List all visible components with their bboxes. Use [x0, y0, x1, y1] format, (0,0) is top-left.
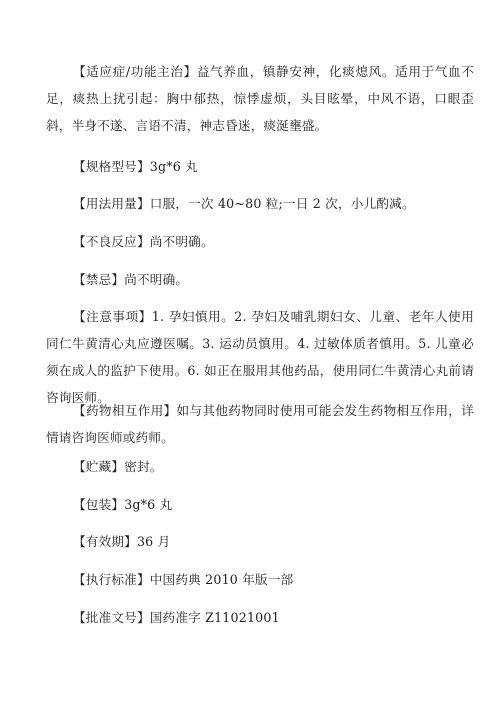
section-precautions: 【注意事项】1. 孕妇慎用。2. 孕妇及哺乳期妇女、儿童、老年人使用同仁牛黄清心… [46, 303, 474, 411]
section-label: 【药物相互作用】 [73, 403, 177, 418]
section-specification: 【规格型号】3g*6 丸 [46, 153, 474, 180]
section-standard: 【执行标准】中国药典 2010 年版一部 [46, 566, 474, 593]
section-text: 口服，一次 40~80 粒;一日 2 次，小儿酌减。 [150, 196, 415, 211]
section-contraindications: 【禁忌】尚不明确。 [46, 266, 474, 293]
section-text: 3g*6 丸 [124, 497, 172, 512]
section-text: 尚不明确。 [150, 234, 214, 249]
section-label: 【有效期】 [73, 534, 137, 549]
section-label: 【注意事项】 [73, 309, 152, 324]
section-label: 【批准文号】 [73, 610, 150, 625]
section-indications: 【适应症/功能主治】益气养血，镇静安神，化痰熄风。适用于气血不足，痰热上扰引起：… [46, 58, 474, 139]
section-label: 【禁忌】 [73, 272, 124, 287]
section-label: 【包装】 [73, 497, 124, 512]
section-text: 尚不明确。 [124, 272, 188, 287]
section-text: 3g*6 丸 [150, 159, 198, 174]
section-label: 【不良反应】 [73, 234, 150, 249]
section-label: 【贮藏】 [73, 459, 124, 474]
section-label: 【适应症/功能主治】 [73, 64, 197, 79]
section-label: 【执行标准】 [73, 572, 150, 587]
section-shelf-life: 【有效期】36 月 [46, 528, 474, 555]
section-adverse-reactions: 【不良反应】尚不明确。 [46, 228, 474, 255]
section-drug-interactions: 【药物相互作用】如与其他药物同时使用可能会发生药物相互作用，详情请咨询医师或药师… [46, 397, 474, 451]
section-approval-number: 【批准文号】国药准字 Z11021001 [46, 604, 474, 631]
section-text: 国药准字 Z11021001 [150, 610, 280, 625]
section-storage: 【贮藏】密封。 [46, 453, 474, 480]
section-text: 中国药典 2010 年版一部 [150, 572, 294, 587]
section-text: 密封。 [124, 459, 162, 474]
section-dosage: 【用法用量】口服，一次 40~80 粒;一日 2 次，小儿酌减。 [46, 190, 474, 217]
section-label: 【用法用量】 [73, 196, 150, 211]
section-label: 【规格型号】 [73, 159, 150, 174]
section-packaging: 【包装】3g*6 丸 [46, 491, 474, 518]
section-text: 36 月 [137, 534, 170, 549]
